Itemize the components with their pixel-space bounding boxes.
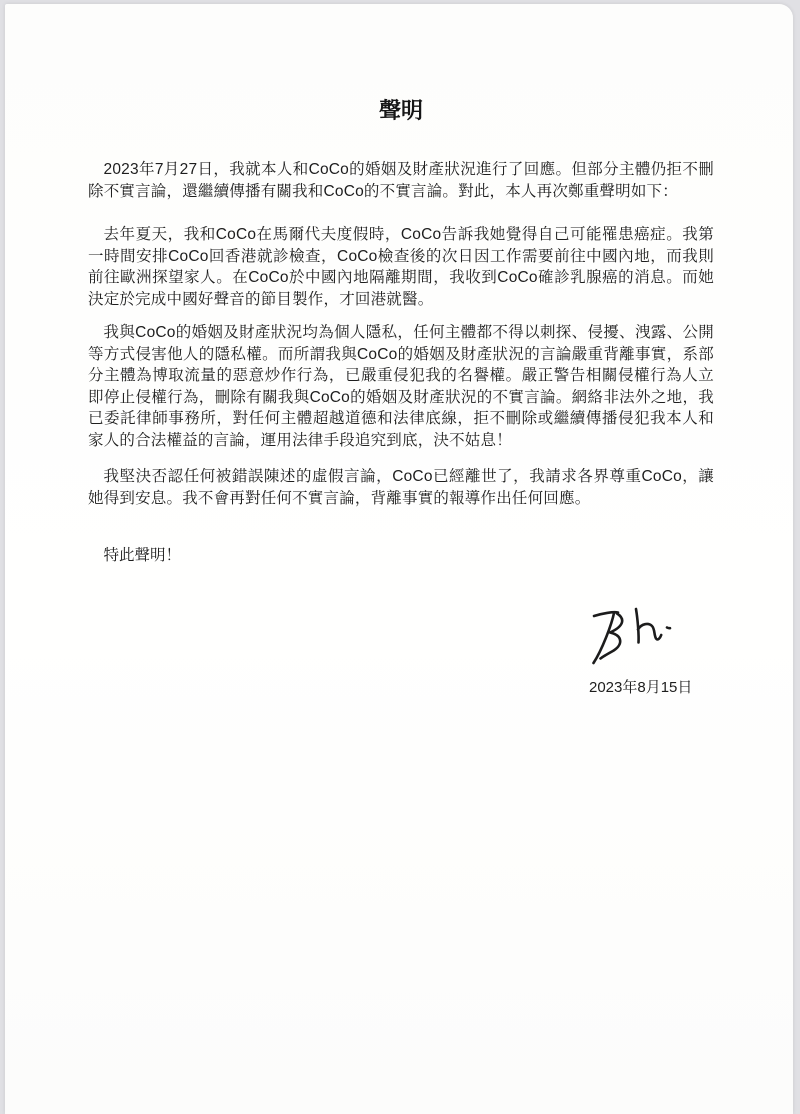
- document-photo: { "statement": { "title": "聲明", "paragra…: [0, 0, 800, 1114]
- page-title: 聲明: [88, 96, 714, 126]
- statement-paragraph-1: 2023年7月27日，我就本人和CoCo的婚姻及財產狀況進行了回應。但部分主體仍…: [88, 159, 714, 202]
- statement-paragraph-2: 去年夏天，我和CoCo在馬爾代夫度假時，CoCo告訴我她覺得自己可能罹患癌症。我…: [88, 224, 714, 310]
- handwritten-signature: [585, 606, 675, 674]
- statement-page: 聲明 2023年7月27日，我就本人和CoCo的婚姻及財產狀況進行了回應。但部分…: [5, 4, 793, 1114]
- closing-line: 特此聲明！: [88, 545, 714, 567]
- date-line: 2023年8月15日: [589, 678, 692, 698]
- statement-paragraph-4: 我堅決否認任何被錯誤陳述的虛假言論，CoCo已經離世了，我請求各界尊重CoCo，…: [88, 466, 714, 509]
- statement-paragraph-3: 我與CoCo的婚姻及財產狀況均為個人隱私，任何主體都不得以刺探、侵擾、洩露、公開…: [88, 322, 714, 451]
